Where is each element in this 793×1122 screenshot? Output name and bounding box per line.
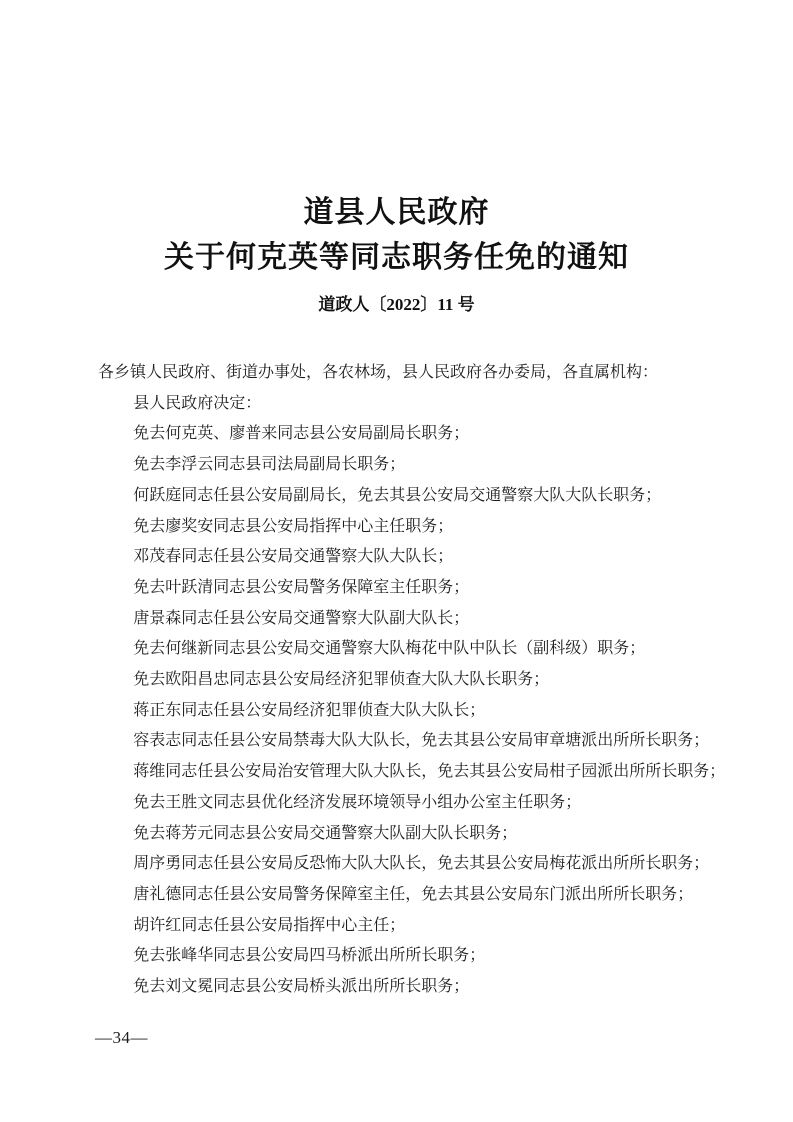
body-paragraph: 县人民政府决定：: [98, 389, 738, 420]
body-paragraph: 唐景森同志任县公安局交通警察大队副大队长；: [98, 604, 738, 635]
body-paragraph: 免去李浮云同志县司法局副局长职务；: [98, 450, 738, 481]
document-number: 道政人〔2022〕11 号: [0, 294, 793, 316]
document-title-line2: 关于何克英等同志职务任免的通知: [0, 235, 793, 280]
body-paragraph: 免去蒋芳元同志县公安局交通警察大队副大队长职务；: [98, 819, 738, 850]
document-title-line1: 道县人民政府: [0, 190, 793, 235]
body-paragraph: 免去何克英、廖普来同志县公安局副局长职务；: [98, 419, 738, 450]
document-page: 道县人民政府 关于何克英等同志职务任免的通知 道政人〔2022〕11 号 各乡镇…: [0, 0, 793, 1122]
body-paragraph: 唐礼德同志任县公安局警务保障室主任，免去其县公安局东门派出所所长职务；: [98, 880, 738, 911]
body-paragraph: 容表志同志任县公安局禁毒大队大队长，免去其县公安局审章塘派出所所长职务；: [98, 726, 738, 757]
body-paragraph: 蒋维同志任县公安局治安管理大队大队长，免去其县公安局柑子园派出所所长职务；: [98, 757, 738, 788]
body-paragraph: 免去何继新同志县公安局交通警察大队梅花中队中队长（副科级）职务；: [98, 634, 738, 665]
body-paragraph: 邓茂春同志任县公安局交通警察大队大队长；: [98, 542, 738, 573]
body-paragraph: 免去张峰华同志县公安局四马桥派出所所长职务；: [98, 941, 738, 972]
body-paragraph: 免去刘文冕同志县公安局桥头派出所所长职务；: [98, 972, 738, 1003]
salutation-line: 各乡镇人民政府、街道办事处，各农林场，县人民政府各办委局，各直属机构：: [98, 358, 738, 389]
body-paragraph: 胡许红同志任县公安局指挥中心主任；: [98, 911, 738, 942]
page-number: —34—: [95, 1028, 148, 1048]
body-paragraph: 蒋正东同志任县公安局经济犯罪侦查大队大队长；: [98, 696, 738, 727]
document-header: 道县人民政府 关于何克英等同志职务任免的通知 道政人〔2022〕11 号: [0, 0, 793, 316]
body-paragraph: 免去廖奖安同志县公安局指挥中心主任职务；: [98, 512, 738, 543]
body-paragraph: 何跃庭同志任县公安局副局长，免去其县公安局交通警察大队大队长职务；: [98, 481, 738, 512]
document-body: 各乡镇人民政府、街道办事处，各农林场，县人民政府各办委局，各直属机构： 县人民政…: [98, 358, 738, 1003]
body-paragraph: 免去欧阳昌忠同志县公安局经济犯罪侦查大队大队长职务；: [98, 665, 738, 696]
body-paragraph: 免去叶跃清同志县公安局警务保障室主任职务；: [98, 573, 738, 604]
body-paragraph: 免去王胜文同志县优化经济发展环境领导小组办公室主任职务；: [98, 788, 738, 819]
body-paragraph: 周序勇同志任县公安局反恐怖大队大队长，免去其县公安局梅花派出所所长职务；: [98, 849, 738, 880]
